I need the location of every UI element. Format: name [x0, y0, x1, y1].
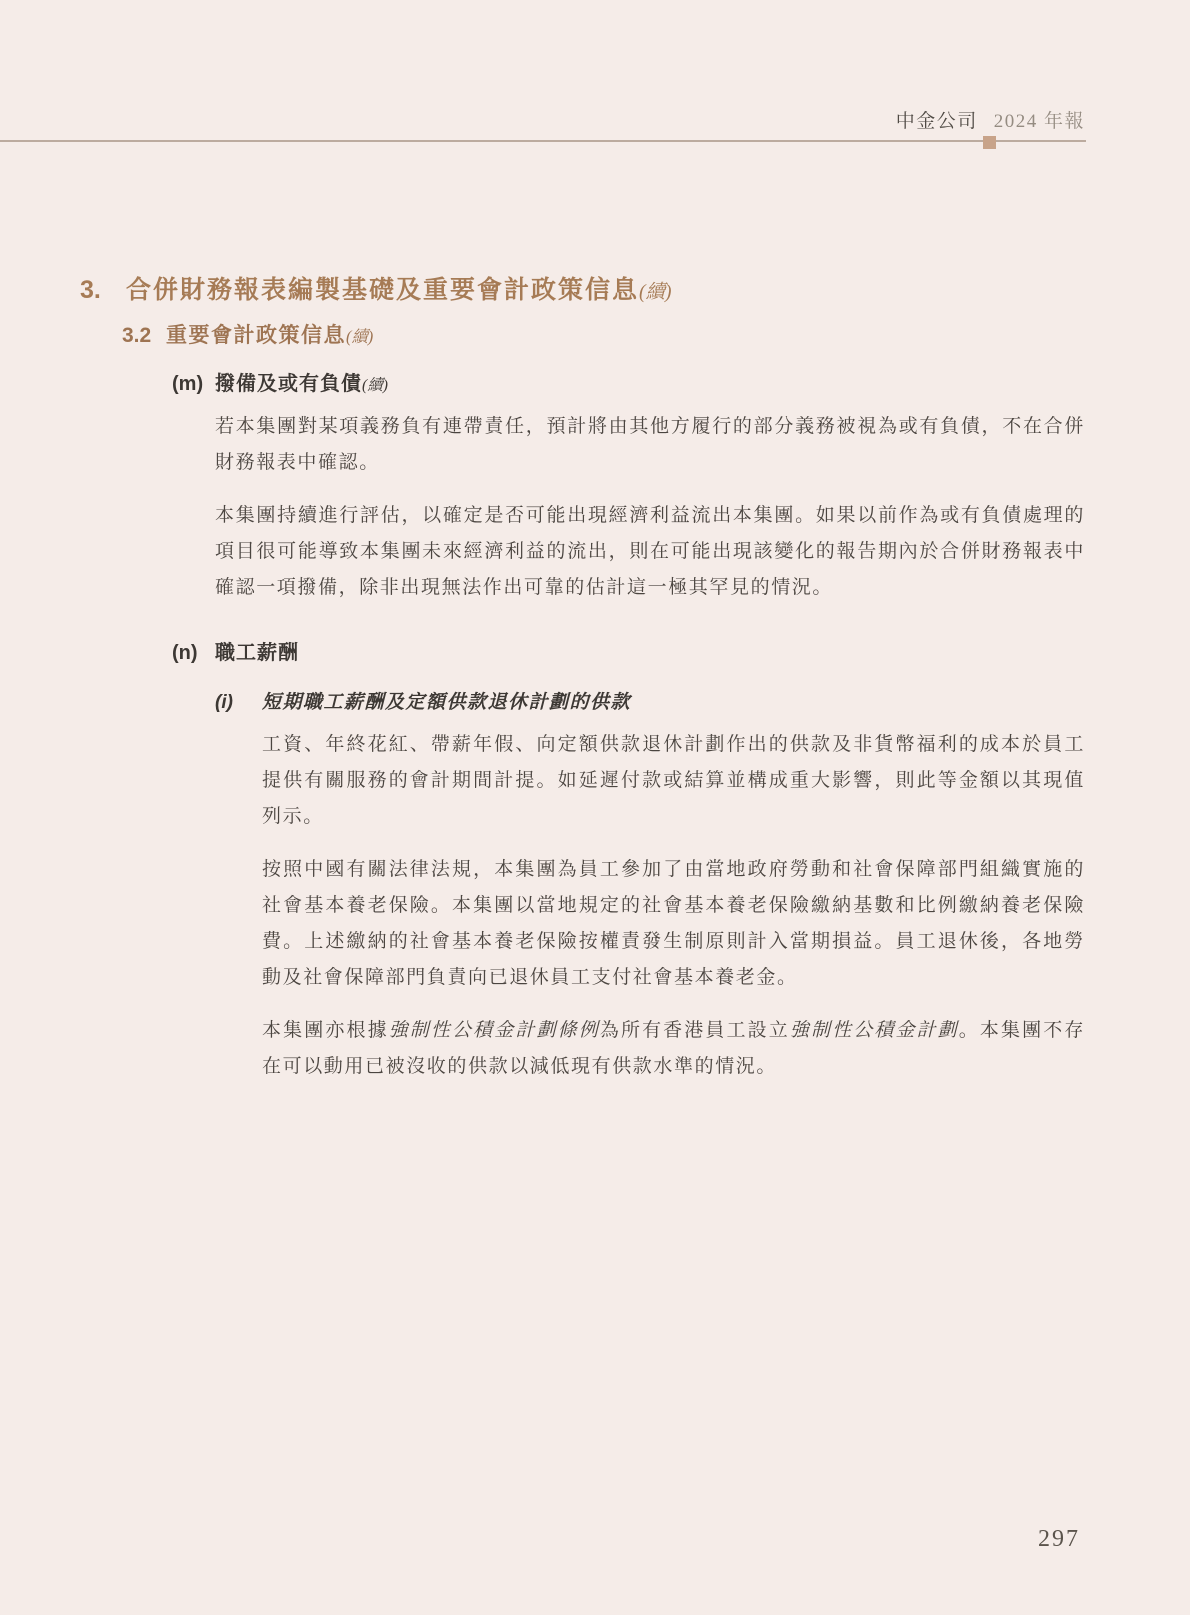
company-name: 中金公司: [896, 111, 978, 132]
section-title: 合併財務報表編製基礎及重要會計政策信息(續): [126, 270, 672, 306]
item-m-heading: (m) 撥備及或有負債(續): [172, 367, 1190, 396]
subsection-title-text: 重要會計政策信息: [166, 324, 346, 347]
report-masthead: 中金公司2024 年報: [896, 106, 1085, 133]
item-m-label: (m): [172, 373, 215, 396]
section-title-text: 合併財務報表編製基礎及重要會計政策信息: [126, 276, 639, 304]
subsection-heading: 3.2 重要會計政策信息(續): [122, 319, 1190, 349]
defined-term: 強制性公積金計劃條例: [389, 1020, 600, 1041]
item-n-title: 職工薪酬: [215, 636, 299, 665]
sub-item-i-heading: (i) 短期職工薪酬及定額供款退休計劃的供款: [215, 687, 1190, 714]
subsection-number: 3.2: [122, 324, 166, 348]
section-number: 3.: [80, 276, 126, 305]
paragraph: 若本集團對某項義務負有連帶責任，預計將由其他方履行的部分義務被視為或有負債，不在…: [215, 409, 1085, 481]
paragraph: 工資、年終花紅、帶薪年假、向定額供款退休計劃作出的供款及非貨幣福利的成本於員工提…: [262, 727, 1085, 835]
item-n-label: (n): [172, 642, 215, 665]
subsection-title: 重要會計政策信息(續): [166, 319, 373, 349]
continued-marker: (續): [346, 327, 373, 346]
paragraph: 本集團持續進行評估，以確定是否可能出現經濟利益流出本集團。如果以前作為或有負債處…: [215, 498, 1085, 606]
paragraph: 按照中國有關法律法規，本集團為員工參加了由當地政府勞動和社會保障部門組織實施的社…: [262, 852, 1085, 996]
header-accent-square: [983, 136, 996, 149]
header-divider-line: [0, 140, 1086, 142]
continued-marker: (續): [362, 377, 388, 394]
page-number: 297: [1038, 1526, 1080, 1553]
paragraph: 本集團亦根據強制性公積金計劃條例為所有香港員工設立強制性公積金計劃。本集團不存在…: [262, 1013, 1085, 1085]
item-n-heading: (n) 職工薪酬: [172, 636, 1190, 665]
sub-item-i-label: (i): [215, 692, 262, 714]
continued-marker: (續): [639, 282, 672, 303]
document-body: 3. 合併財務報表編製基礎及重要會計政策信息(續) 3.2 重要會計政策信息(續…: [0, 270, 1190, 1085]
paragraph-text: 為所有香港員工設立: [600, 1020, 790, 1041]
sub-item-i-title: 短期職工薪酬及定額供款退休計劃的供款: [262, 687, 631, 714]
item-m-title: 撥備及或有負債(續): [215, 367, 388, 396]
paragraph-text: 本集團亦根據: [262, 1020, 389, 1041]
section-heading: 3. 合併財務報表編製基礎及重要會計政策信息(續): [80, 270, 1190, 306]
item-m-title-text: 撥備及或有負債: [215, 373, 362, 395]
defined-term: 強制性公積金計劃: [790, 1020, 959, 1041]
report-edition: 2024 年報: [994, 111, 1085, 132]
